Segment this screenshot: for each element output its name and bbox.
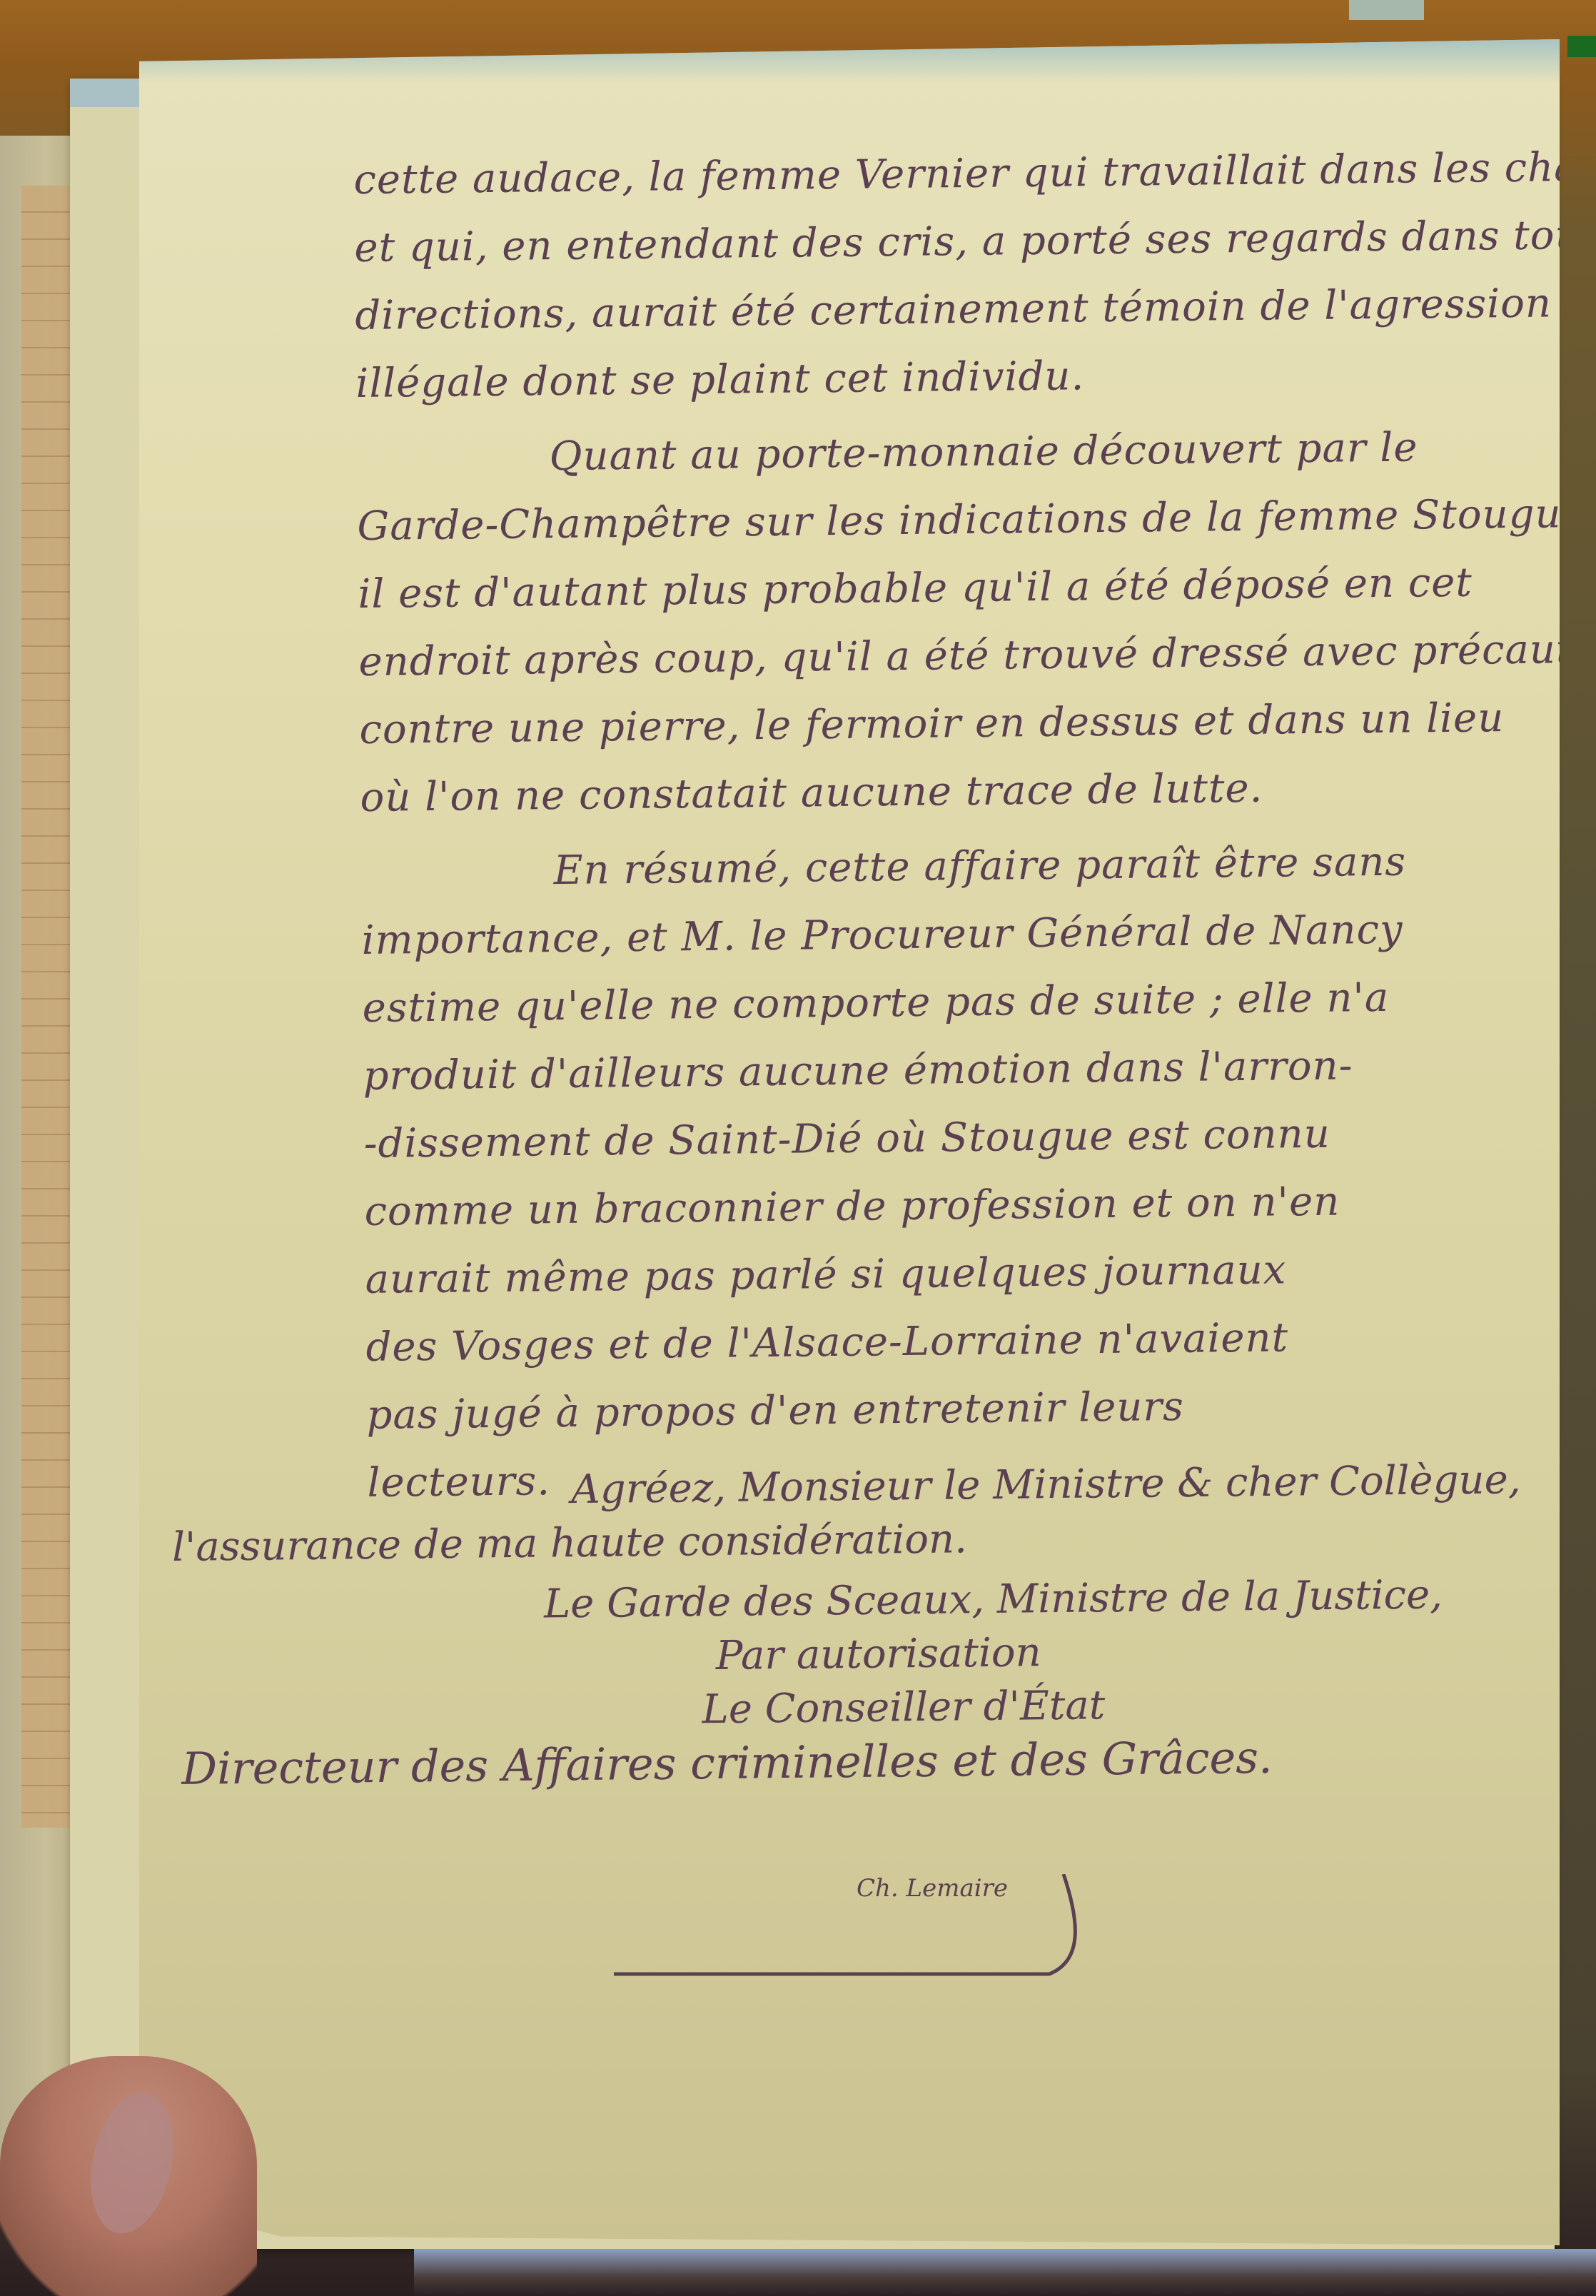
text-line: pas jugé à propos d'en entretenir leurs: [366, 1368, 1596, 1449]
underlying-sheet-corner: [70, 79, 141, 107]
text-line: contre une pierre, le fermoir en dessus …: [359, 683, 1596, 764]
text-line: importance, et M. le Procureur Général d…: [361, 893, 1596, 975]
text-line: endroit après coup, qu'il a été trouvé d…: [358, 615, 1596, 696]
text-line: illégale dont se plaint cet individu.: [355, 336, 1596, 418]
paragraph-continuation: cette audace, la femme Vernier qui trava…: [353, 133, 1596, 418]
signature: Ch. Lemaire: [614, 1874, 1113, 2017]
folder-tab-green: [1567, 36, 1596, 57]
text-line: Garde-Champêtre sur les indications de l…: [357, 479, 1596, 560]
text-line: cette audace, la femme Vernier qui trava…: [353, 133, 1596, 214]
text-line: En résumé, cette affaire paraît être san…: [360, 825, 1596, 907]
text-line: aurait même pas parlé si quelques journa…: [365, 1232, 1596, 1314]
page-bottom-edge: [414, 2249, 1596, 2296]
folder-tab: [1349, 0, 1424, 20]
text-line: Quant au porte-monnaie découvert par le: [356, 411, 1596, 493]
text-line: il est d'autant plus probable qu'il a ét…: [358, 547, 1596, 628]
text-line: directions, aurait été certainement témo…: [355, 268, 1596, 350]
paragraph-resume: En résumé, cette affaire paraît être san…: [360, 825, 1596, 1517]
signature-text: Ch. Lemaire: [857, 1874, 1008, 1903]
text-line: des Vosges et de l'Alsace-Lorraine n'ava…: [365, 1300, 1596, 1381]
text-line: comme un braconnier de profession et on …: [364, 1164, 1596, 1246]
letter-body: cette audace, la femme Vernier qui trava…: [353, 133, 1596, 1517]
text-line: où l'on ne constatait aucune trace de lu…: [360, 750, 1596, 832]
letter-closing: Agréez, Monsieur le Ministre & cher Coll…: [171, 1453, 1517, 1796]
text-line: et qui, en entendant des cris, a porté s…: [354, 201, 1596, 282]
text-line: estime qu'elle ne comporte pas de suite …: [362, 961, 1596, 1042]
text-line: -dissement de Saint-Dié où Stougue est c…: [363, 1097, 1596, 1178]
text-line: produit d'ailleurs aucune émotion dans l…: [363, 1029, 1596, 1110]
paragraph-porte-monnaie: Quant au porte-monnaie découvert par le …: [356, 411, 1596, 832]
